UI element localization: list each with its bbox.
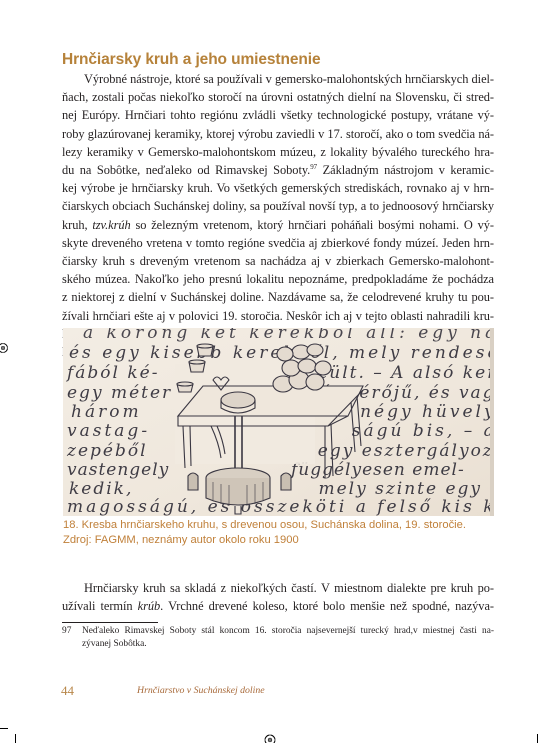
text-line: Hrnčiarsky kruh sa skladá z niekoľkých č… [62,579,494,597]
text-line: skyte dreveného vretena v tomto regióne … [62,234,494,252]
footnote-separator [62,622,158,623]
footnote-number: 97 [62,625,71,638]
text-line: čiarsky kruh s dreveným vretenom sa nach… [62,252,494,270]
text-line: čiarskych obciach Suchánskej doliny, sa … [62,197,494,215]
paragraph-1: Výrobné nástroje, ktoré sa používali v g… [62,70,494,361]
handwriting-line: magosságú, és összeköti a felső kis ker- [67,497,494,516]
text-fragment: užívali termín [62,599,138,613]
potters-wheel-sketch: a korong két kerekből áll: egy nagyobb é… [63,328,494,516]
crop-mark [0,728,8,729]
registration-mark-icon [0,342,10,354]
running-title: Hrnčiarstvo v Suchánskej doline [137,685,265,696]
footnote-line: Neďaleko Rimavskej Soboty stál koncom 16… [82,625,494,638]
footnote-97: 97 Neďaleko Rimavskej Soboty stál koncom… [62,625,494,651]
text-line: ského múzea. Nakoľko jeho presnú lokalit… [62,270,494,288]
text-line: Výrobné nástroje, ktoré sa používali v g… [62,70,494,88]
text-fragment: Základným nástrojom v keramic- [317,163,494,177]
text-line: ňach, zostali počas niekoľko storočí na … [62,88,494,106]
italic-term: tzv.krúh [92,218,130,232]
text-line: nej Európy. Hrnčiari tohto regiónu zvlád… [62,106,494,124]
page-number: 44 [61,683,74,699]
text-fragment: so železným vretenom, ktorý hrnčiari poh… [131,218,494,232]
page-edge-shadow [490,328,494,516]
footnote-line: zývanej Sobôtka. [82,638,494,651]
text-line: kej výrobe je hrnčiarsky kruh. Vo všetký… [62,179,494,197]
text-fragment: . Vrchné drevené koleso, ktoré bolo menš… [160,599,494,613]
crop-mark [15,734,16,743]
text-line: roby glazúrovanej keramiky, ktorej výrob… [62,125,494,143]
text-line: kruh, tzv.krúh so železným vretenom, kto… [62,216,494,234]
crop-mark [537,734,538,743]
text-fragment: kruh, [62,218,92,232]
paragraph-2: Hrnčiarsky kruh sa skladá z niekoľkých č… [62,579,494,615]
footnote-text: Neďaleko Rimavskej Soboty stál koncom 16… [82,625,494,651]
text-line: du na Sobôtke, neďaleko od Rimavskej Sob… [62,161,494,179]
italic-term: krúb [138,599,161,613]
text-line: lezy keramiky v Gemersko-malohontskom mú… [62,143,494,161]
text-line: z niektorej z dielní v Suchánskej doline… [62,288,494,306]
figure-caption: 18. Kresba hrnčiarskeho kruhu, s dreveno… [63,518,503,547]
caption-line: 18. Kresba hrnčiarskeho kruhu, s dreveno… [63,518,503,533]
section-heading: Hrnčiarsky kruh a jeho umiestnenie [62,51,320,69]
manuscript-figure: a korong két kerekből áll: egy nagyobb é… [63,328,494,516]
handwriting-line: a korong két kerekből áll: egy nagyobb [83,328,494,343]
text-line: žívali hrnčiari ešte aj v polovici 19. s… [62,307,494,325]
text-fragment: du na Sobôtke, neďaleko od Rimavskej Sob… [62,163,310,177]
caption-source: Zdroj: FAGMM, neznámy autor okolo roku 1… [63,533,503,548]
text-line: užívali termín krúb. Vrchné drevené kole… [62,597,494,615]
registration-mark-icon [263,733,277,743]
